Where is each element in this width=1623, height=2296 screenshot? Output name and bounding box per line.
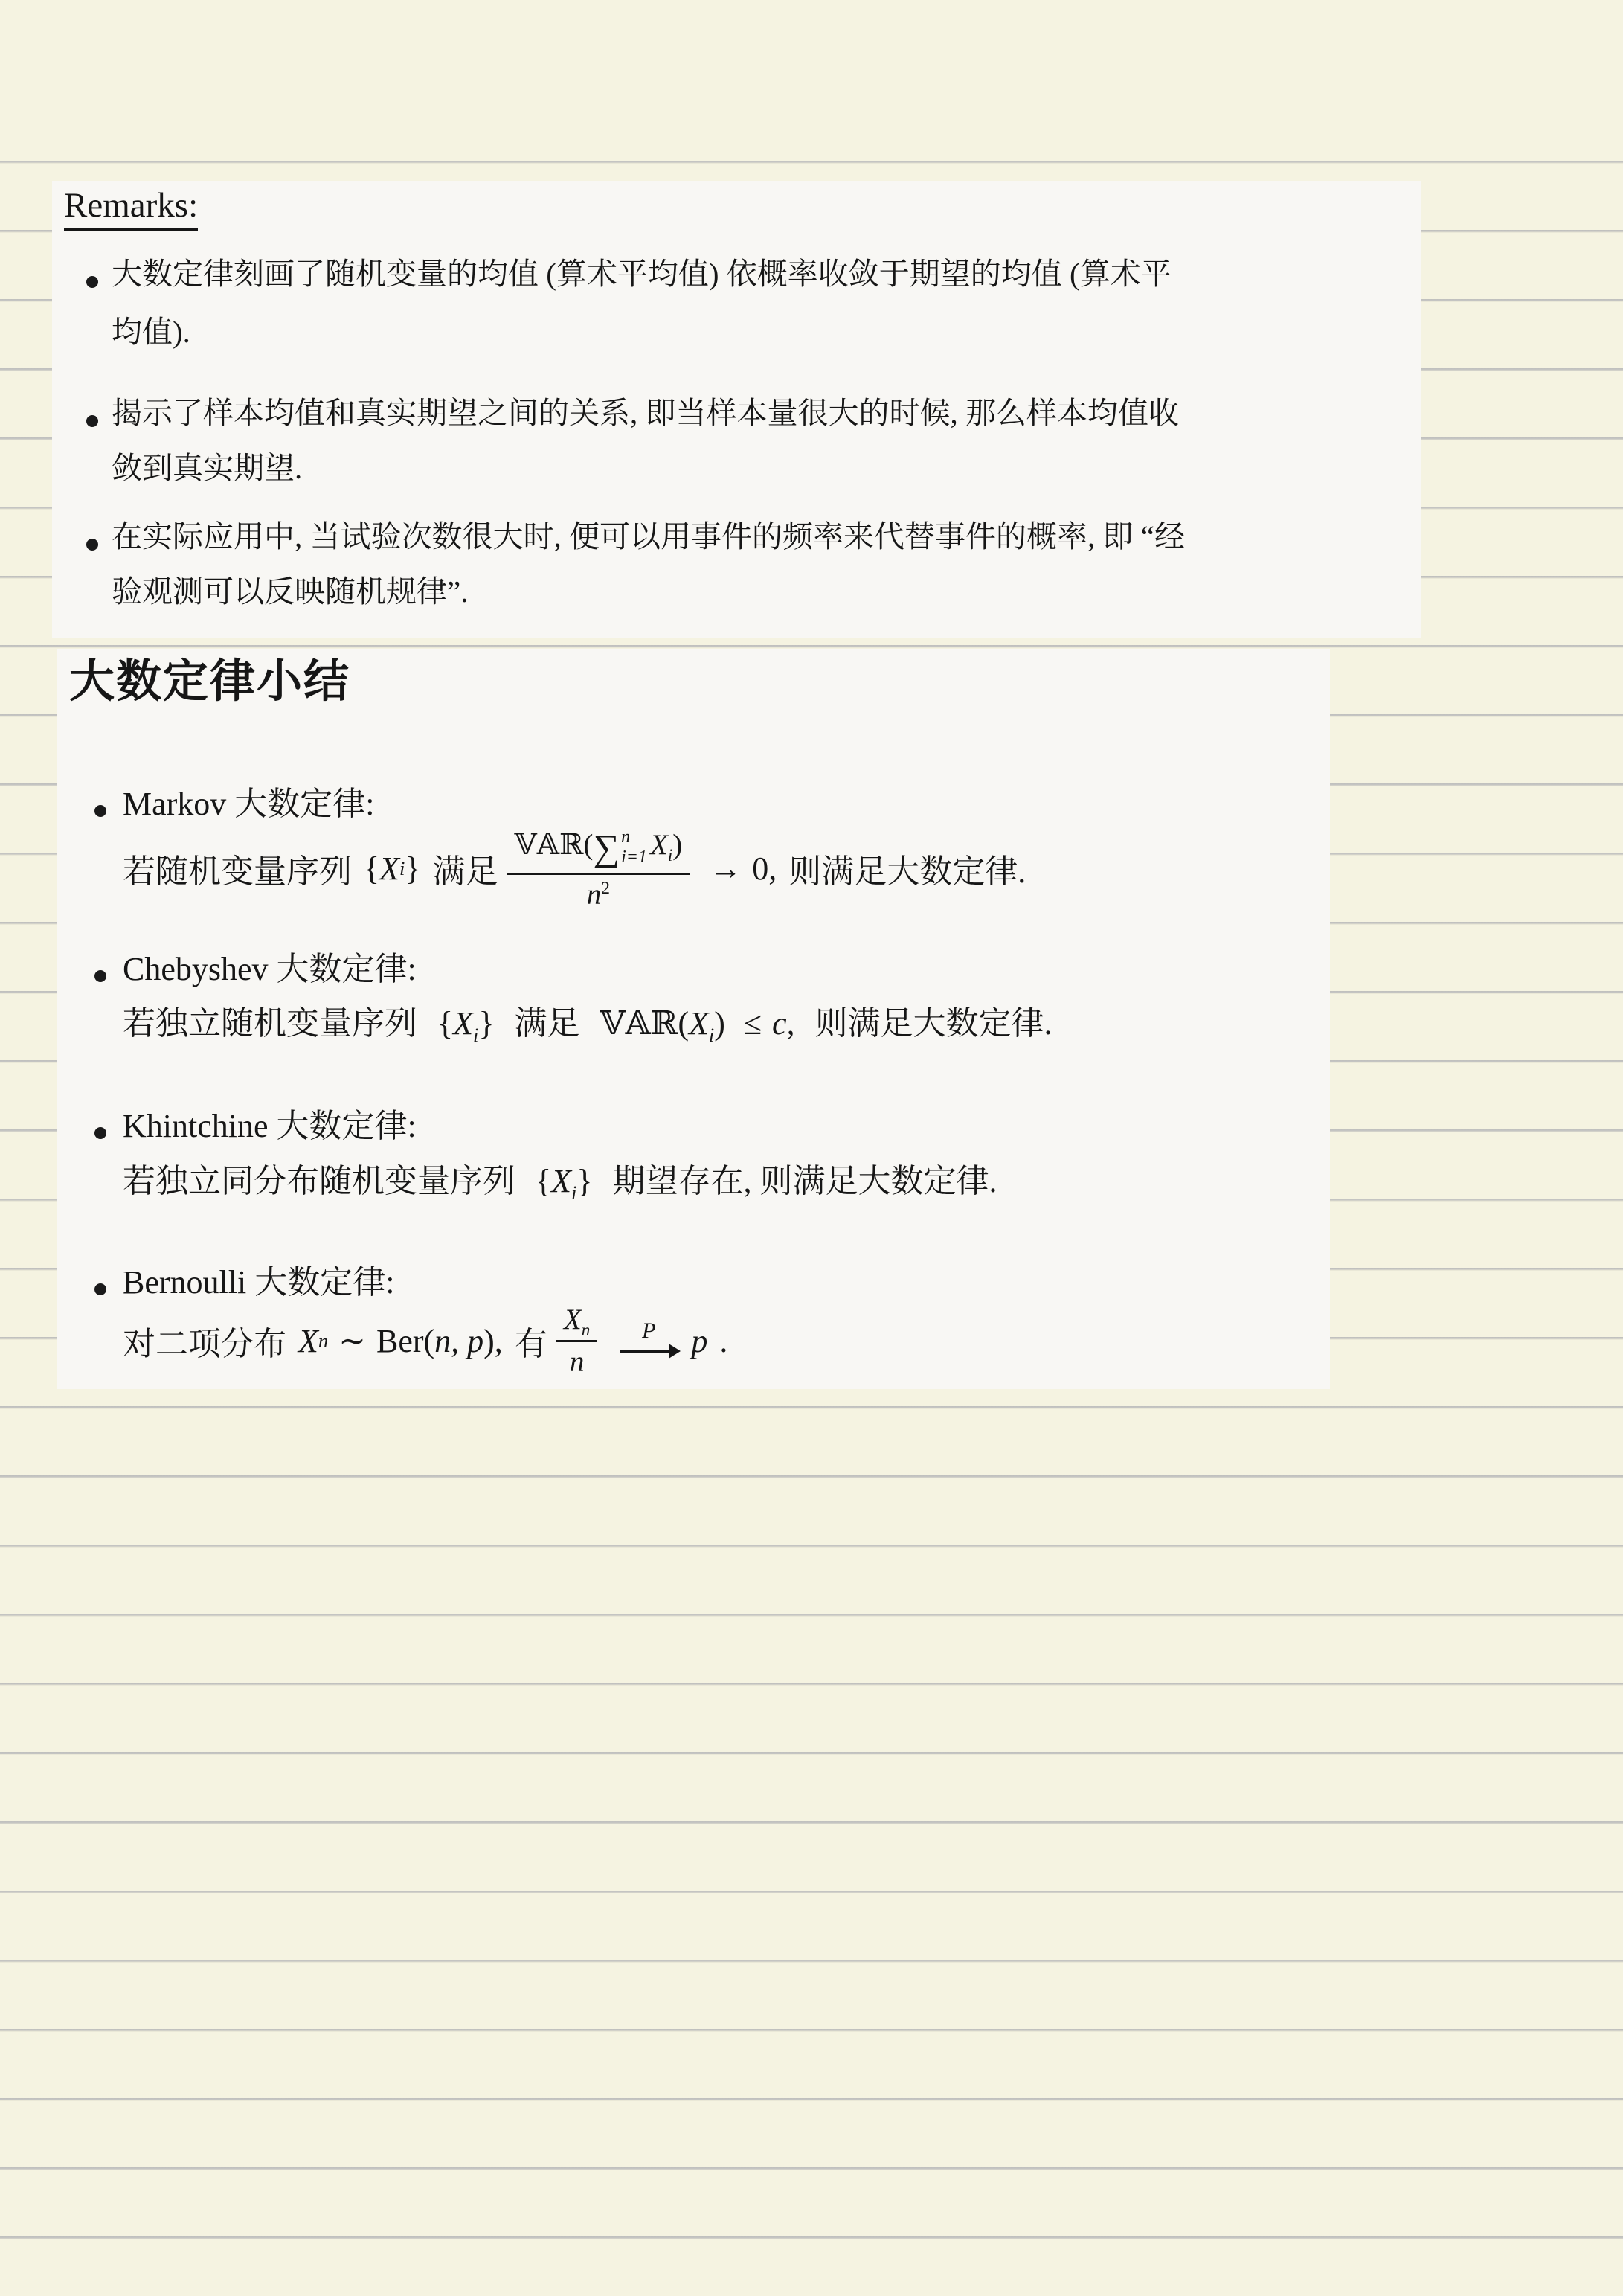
var-operator: 𝕍𝔸ℝ(	[600, 1005, 689, 1042]
bullet-icon	[86, 539, 98, 551]
sum-upper: n	[621, 827, 647, 847]
formula-text: 有	[515, 1317, 547, 1365]
law-label-bernoulli: Bernoulli 大数定律:	[123, 1263, 394, 1303]
brace: }	[576, 1163, 592, 1199]
math-var: X	[379, 850, 399, 888]
remark-line: 揭示了样本均值和真实期望之间的关系, 即当样本量很大的时候, 那么样本均值收	[112, 394, 1179, 432]
leq-operator: ≤	[744, 1005, 762, 1042]
fraction-denominator: n2	[507, 873, 690, 911]
formula-text: 对二项分布	[123, 1317, 286, 1365]
var-operator: 𝕍𝔸ℝ(	[514, 828, 593, 860]
brace: {	[364, 850, 379, 888]
formula-text: 则满足大数定律.	[788, 844, 1026, 892]
sim-operator: ∼	[338, 1322, 366, 1360]
sum-limits: ni=1	[621, 827, 647, 867]
law-formula-markov: 若随机变量序列 {Xi} 满足 𝕍𝔸ℝ(∑ni=1Xi) n2 → 0, 则满足…	[123, 827, 1026, 909]
math-sub: n	[582, 1321, 591, 1340]
arrow-shaft-icon	[620, 1350, 678, 1353]
paren: )	[714, 1005, 725, 1042]
remark-line: 在实际应用中, 当试验次数很大时, 便可以用事件的频率来代替事件的概率, 即 “…	[112, 518, 1185, 556]
formula-text: .	[719, 1322, 727, 1360]
law-label-markov: Markov 大数定律:	[123, 785, 375, 824]
probability-label: P	[642, 1320, 655, 1342]
formula-text: 若随机变量序列	[123, 844, 352, 892]
math-var: c,	[772, 1005, 795, 1042]
math-var: X	[551, 1163, 571, 1199]
remark-line: 验观测可以反映随机规律”.	[112, 573, 468, 611]
law-label-chebyshev: Chebyshev 大数定律:	[123, 950, 417, 990]
summary-title: 大数定律小结	[69, 656, 350, 706]
fraction: 𝕍𝔸ℝ(∑ni=1Xi) n2	[507, 826, 690, 911]
bullet-icon	[86, 415, 98, 427]
brace: {	[536, 1163, 551, 1199]
law-formula-bernoulli: 对二项分布 Xn ∼ Ber(n, p), 有 Xn n P p .	[123, 1303, 727, 1378]
formula-text: 若独立同分布随机变量序列	[123, 1163, 515, 1199]
bullet-icon	[94, 970, 106, 982]
formula-text: 满足	[514, 1005, 579, 1042]
bullet-icon	[94, 1127, 106, 1139]
remark-line: 均值).	[112, 313, 190, 351]
math-var: X	[650, 828, 668, 860]
summary-card: 大数定律小结 Markov 大数定律: 若随机变量序列 {Xi} 满足 𝕍𝔸ℝ(…	[57, 649, 1330, 1389]
remark-line: 大数定律刻画了随机变量的均值 (算术平均值) 依概率收敛于期望的均值 (算术平	[112, 255, 1172, 293]
formula-text: 期望存在, 则满足大数定律.	[612, 1163, 997, 1199]
converges-in-probability-arrow: P	[620, 1320, 678, 1353]
formula-text: 满足	[432, 844, 498, 892]
brace: }	[405, 850, 420, 888]
sum-symbol: ∑	[593, 827, 620, 868]
dist-name: Ber(	[376, 1322, 434, 1360]
notebook-page: { "colors":{"paper":"#f5f3e1","card":"#f…	[0, 0, 1623, 2296]
bullet-icon	[94, 1283, 106, 1295]
remarks-title: Remarks:	[64, 185, 198, 231]
math-var: X	[689, 1005, 709, 1042]
math-limit: 0,	[752, 850, 777, 888]
formula-text: 若独立随机变量序列	[123, 1005, 417, 1042]
fraction-denominator: n	[556, 1340, 598, 1379]
paren: )	[672, 828, 682, 860]
math-limit: p	[691, 1322, 707, 1360]
math-var: n	[587, 879, 602, 911]
remarks-card: Remarks: 大数定律刻画了随机变量的均值 (算术平均值) 依概率收敛于期望…	[52, 181, 1421, 638]
brace: }	[478, 1005, 494, 1042]
brace: {	[437, 1005, 453, 1042]
math-var: X	[298, 1322, 318, 1360]
bullet-icon	[94, 805, 106, 817]
law-label-khintchine: Khintchine 大数定律:	[123, 1107, 417, 1147]
dist-args: n, p	[434, 1322, 483, 1360]
bullet-icon	[86, 276, 98, 288]
fraction-numerator: Xn	[556, 1303, 598, 1340]
math-var: X	[453, 1005, 473, 1042]
paren: ),	[483, 1322, 503, 1360]
math-var: X	[564, 1303, 582, 1335]
law-formula-chebyshev: 若独立随机变量序列 {Xi} 满足 𝕍𝔸ℝ(Xi) ≤c, 则满足大数定律.	[123, 1004, 1052, 1044]
sum-lower: i=1	[621, 847, 647, 867]
fraction: Xn n	[556, 1303, 598, 1379]
arrow-right: →	[709, 850, 742, 888]
formula-text: 则满足大数定律.	[815, 1005, 1052, 1042]
law-formula-khintchine: 若独立同分布随机变量序列 {Xi} 期望存在, 则满足大数定律.	[123, 1162, 997, 1202]
math-exp: 2	[601, 879, 610, 898]
fraction-numerator: 𝕍𝔸ℝ(∑ni=1Xi)	[507, 826, 690, 873]
remark-line: 敛到真实期望.	[112, 449, 302, 487]
